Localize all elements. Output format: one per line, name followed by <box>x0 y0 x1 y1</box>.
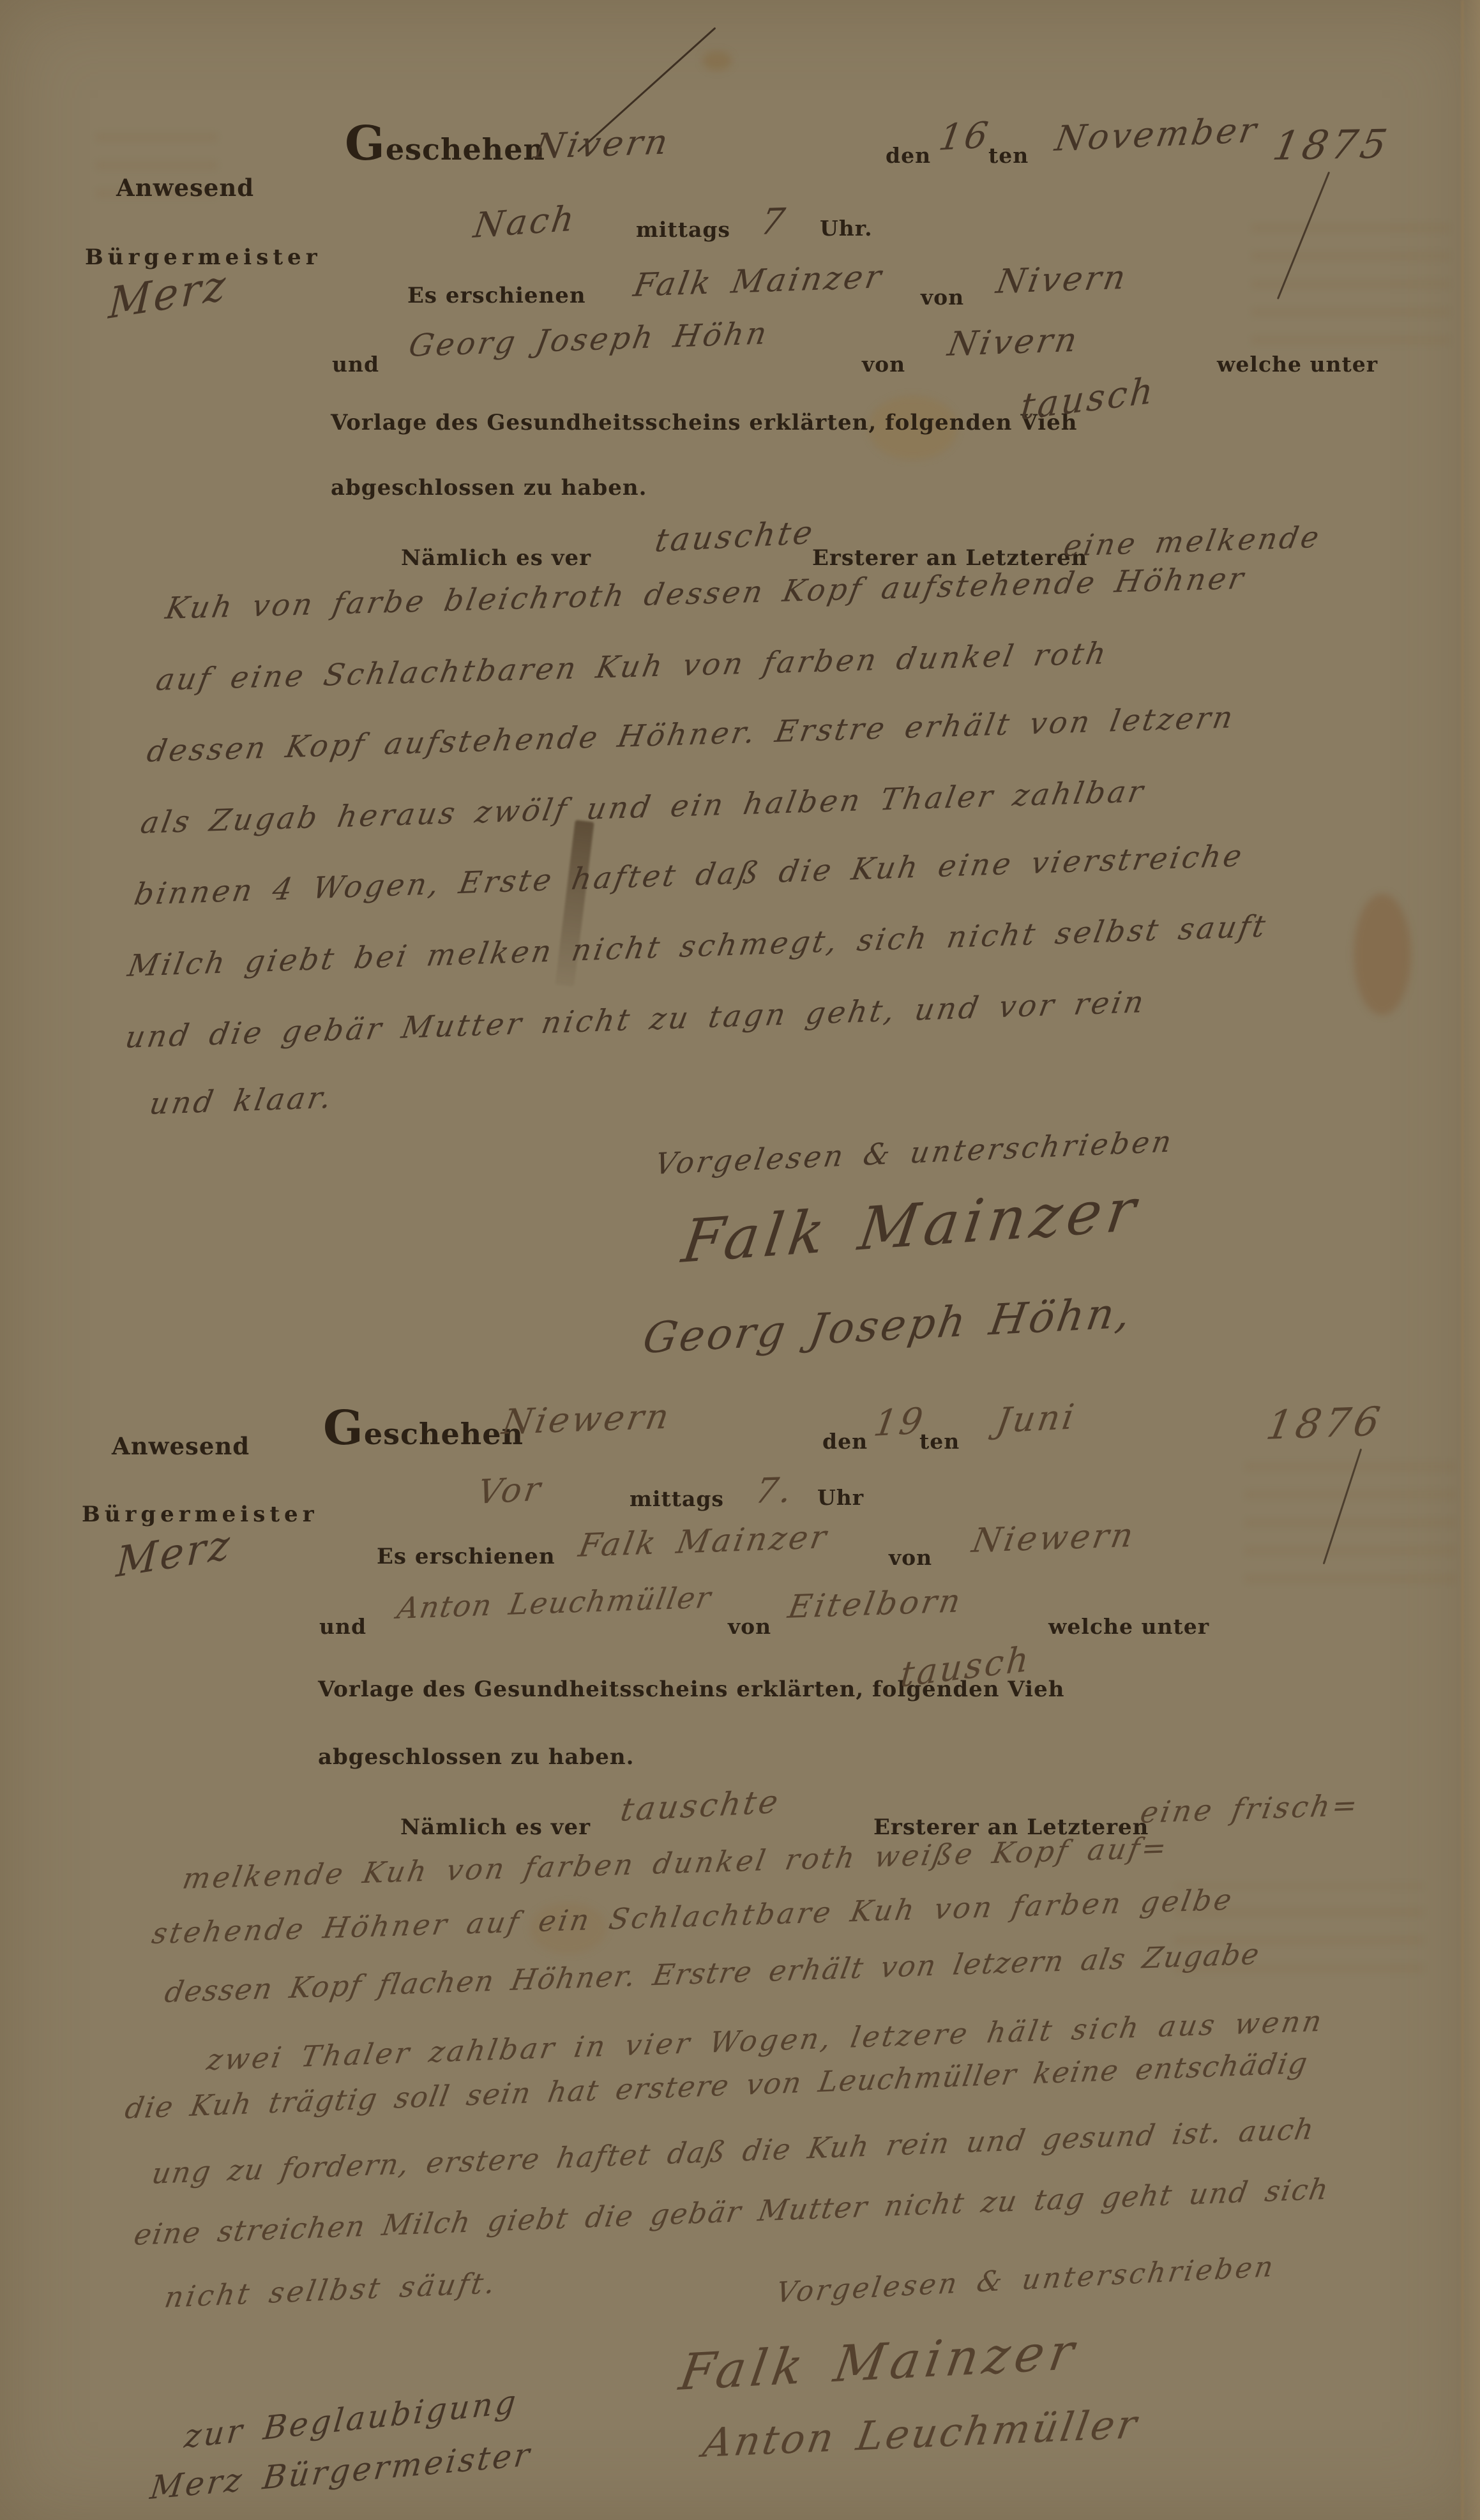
form-es-erschienen-label: Es erschienen <box>407 283 586 308</box>
party2-signature: Georg Joseph Höhn, <box>640 1288 1136 1363</box>
naemlich-tail-value: eine melkende <box>1061 520 1324 563</box>
closing-formula: Vorgelesen & unterschrieben <box>653 1124 1176 1181</box>
form-uhr-label: Uhr. <box>820 216 873 241</box>
form-abgeschlossen-line: abgeschlossen zu haben. <box>318 1744 634 1770</box>
form-ten-label: ten <box>988 143 1029 168</box>
protocol-line: und die gebär Mutter nicht zu tagn geht,… <box>123 985 1149 1055</box>
form-geschehen-label: Geschehen <box>345 125 545 167</box>
ink-bleedthrough <box>1251 211 1449 345</box>
margin-mayor-signature: Merz <box>107 260 229 329</box>
form-ten-label: ten <box>919 1429 960 1454</box>
margin-anwesend-label: Anwesend <box>116 174 254 202</box>
party1-signature: Falk Mainzer <box>678 1175 1145 1276</box>
year-field-value: 1876 <box>1263 1398 1387 1449</box>
protocol-line: Milch giebt bei melken nicht schmegt, si… <box>125 909 1271 984</box>
form-mittags-label: mittags <box>630 1486 724 1511</box>
closing-formula: Vorgelesen & unterschrieben <box>774 2251 1278 2309</box>
party1-name-value: Falk Mainzer <box>631 258 886 304</box>
place-field-value: Nivern <box>531 121 674 167</box>
party1-place-value: Nivern <box>993 258 1131 301</box>
form-von-label: von <box>728 1614 771 1639</box>
form-abgeschlossen-line: abgeschlossen zu haben. <box>331 475 647 501</box>
party1-signature: Falk Mainzer <box>676 2323 1083 2402</box>
party1-name-value: Falk Mainzer <box>576 1518 831 1564</box>
form-von-label: von <box>921 285 964 310</box>
month-field-value: Juni <box>993 1396 1079 1441</box>
form-den-label: den <box>822 1429 868 1454</box>
form-und-label: und <box>332 352 379 377</box>
form-von-label: von <box>862 352 905 377</box>
protocol-line: dessen Kopf flachen Höhner. Erstre erhäl… <box>162 1937 1263 2009</box>
paper-stain <box>702 51 732 70</box>
form-welche-unter-label: welche unter <box>1048 1614 1209 1639</box>
party2-signature: Anton Leuchmüller <box>700 2401 1142 2466</box>
protocol-line: auf eine Schlachtbaren Kuh von farben du… <box>153 636 1111 698</box>
time-prefix-value: Nach <box>471 198 579 246</box>
day-field-value: 16 <box>936 114 993 159</box>
protocol-line: und klaar. <box>147 1080 336 1122</box>
party2-place-value: Nivern <box>945 321 1082 364</box>
form-naemlich-label: Nämlich es ver <box>400 1815 591 1840</box>
protocol-line: als Zugab heraus zwölf und ein halben Th… <box>138 774 1149 841</box>
form-welche-unter-label: welche unter <box>1217 352 1378 377</box>
year-field-value: 1875 <box>1269 121 1394 169</box>
protocol-line: binnen 4 Wogen, Erste haftet daß die Kuh… <box>132 838 1247 912</box>
page-edge-shadow <box>1461 0 1480 2520</box>
naemlich-tauschte-value: tauschte <box>618 1783 783 1829</box>
form-vorlage-line: Vorlage des Gesundheitsscheins erklärten… <box>331 410 1077 435</box>
naemlich-tail-value: eine frisch= <box>1138 1788 1363 1830</box>
form-mittags-label: mittags <box>636 217 730 242</box>
vieh-tausch-value: tausch <box>1019 370 1157 428</box>
margin-mayor-signature: Merz <box>115 1521 233 1587</box>
form-von-label: von <box>889 1545 932 1570</box>
hour-field-value: 7 <box>757 201 790 243</box>
paper-stain <box>1354 894 1411 1015</box>
form-naemlich-label: Nämlich es ver <box>401 545 591 571</box>
party2-name-value: Anton Leuchmüller <box>395 1580 714 1626</box>
protocol-line: stehende Höhner auf ein Schlachtbare Kuh… <box>149 1882 1237 1950</box>
party1-place-value: Niewern <box>969 1516 1138 1560</box>
protocol-line: Kuh von farbe bleichroth dessen Kopf auf… <box>163 561 1249 626</box>
party2-name-value: Georg Joseph Höhn <box>406 315 772 364</box>
time-prefix-value: Vor <box>475 1470 545 1512</box>
form-geschehen-label: Geschehen <box>323 1410 524 1451</box>
protocol-line: melkende Kuh von farben dunkel roth weiß… <box>180 1830 1172 1896</box>
protocol-line: nicht sellbst säuft. <box>162 2266 500 2314</box>
document-page: Anwesend Bürgermeister Merz Geschehen Ni… <box>0 0 1480 2520</box>
margin-buergermeister-label: Bürgermeister <box>82 1502 319 1527</box>
hour-field-value: 7. <box>752 1470 797 1511</box>
month-field-value: November <box>1052 110 1262 159</box>
form-den-label: den <box>886 143 931 168</box>
place-field-value: Niewern <box>499 1396 674 1442</box>
naemlich-tauschte-value: tauschte <box>653 513 818 559</box>
margin-anwesend-label: Anwesend <box>112 1432 250 1460</box>
party2-place-value: Eitelborn <box>785 1582 966 1626</box>
form-uhr-label: Uhr <box>817 1485 864 1510</box>
form-und-label: und <box>319 1614 366 1639</box>
protocol-line: dessen Kopf aufstehende Höhner. Erstre e… <box>144 700 1238 769</box>
form-es-erschienen-label: Es erschienen <box>377 1544 555 1569</box>
